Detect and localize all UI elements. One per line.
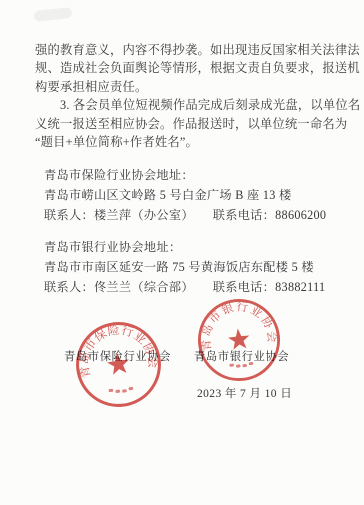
seal-serial-marks [109,386,134,395]
bank-contact-line: 联系人：佟兰兰（综合部） 联系电话：83882111 [44,277,325,297]
bank-address-title: 青岛市银行业协会地址： [44,237,325,257]
paragraph-line: “题目+单位简称+作者姓名”。 [35,133,360,151]
body-paragraphs: 强的教育意义，内容不得抄袭。如出现违反国家相关法律法 规、造成社会负面舆论等情形… [35,41,360,151]
paragraph-line: 构要承担相应责任。 [35,78,360,96]
paragraph-line: 义统一报送至相应协会。作品报送时，以单位统一命名为 [35,115,360,133]
bank-contact-block: 青岛市银行业协会地址： 青岛市市南区延安一路 75 号黄海饭店东配楼 5 楼 联… [44,237,325,297]
insurance-contact-block: 青岛市保险行业协会地址： 青岛市崂山区文岭路 5 号白金广场 B 座 13 楼 … [44,165,326,225]
document-page: 强的教育意义，内容不得抄袭。如出现违反国家相关法律法 规、造成社会负面舆论等情形… [0,0,364,505]
paragraph-line: 3. 各会员单位短视频作品完成后刻录成光盘，以单位名 [35,96,360,114]
seal-star-icon [227,327,250,350]
scan-smudge [34,7,73,22]
paragraph-line: 强的教育意义，内容不得抄袭。如出现违反国家相关法律法 [35,41,360,59]
insurance-address: 青岛市崂山区文岭路 5 号白金广场 B 座 13 楼 [44,185,326,205]
insurance-address-title: 青岛市保险行业协会地址： [44,165,326,185]
bank-seal-stamp-icon: 青岛市银行业协会 [192,293,287,388]
insurance-seal-stamp-icon: 青岛市保险行业协会 [68,314,169,415]
paragraph-line: 规、造成社会负面舆论等情形，根据文责自负要求，报送机 [35,59,360,77]
signature-date: 2023 年 7 月 10 日 [197,385,292,401]
seal-star-icon [106,351,131,375]
bank-address: 青岛市市南区延安一路 75 号黄海饭店东配楼 5 楼 [44,257,325,277]
insurance-contact-line: 联系人：楼兰萍（办公室） 联系电话：88606200 [44,205,326,225]
seal-serial-marks [229,361,253,368]
